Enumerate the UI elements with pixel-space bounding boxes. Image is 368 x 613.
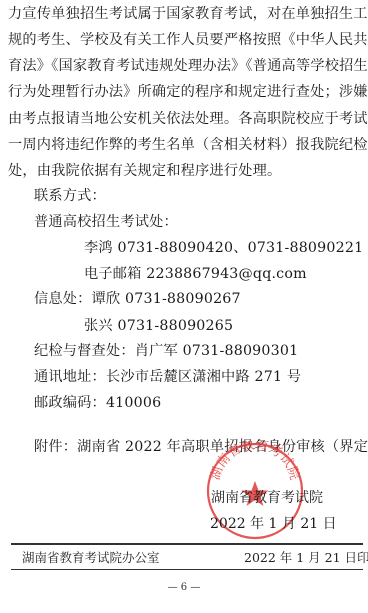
- body-line-2: 规的考生、学校及有关工作人员要严格按照《中华人民共和国教: [8, 30, 368, 50]
- contact-heading: 联系方式：: [34, 186, 106, 206]
- postcode: 邮政编码：410006: [34, 393, 161, 413]
- signature-organization: 湖南省教育考试院: [211, 488, 323, 508]
- footer-issuer: 湖南省教育考试院办公室: [22, 549, 160, 567]
- footer-top-rule: [11, 543, 363, 545]
- body-line-3: 育法》《国家教育考试违规处理办法》《普通高等学校招生违规: [8, 56, 368, 76]
- attachment: 附件：湖南省 2022 年高职单招报名身份审核（界定）表: [34, 437, 368, 457]
- info-office-line2: 张兴 0731-88090265: [84, 316, 233, 336]
- exam-office-label: 普通高校招生考试处：: [34, 212, 178, 232]
- body-line-4: 行为处理暂行办法》所确定的程序和规定进行查处；涉嫌违法的，: [8, 82, 368, 102]
- body-line-1: 力宣传单独招生考试属于国家教育考试，对在单独招生工作中违: [8, 4, 368, 24]
- body-line-7: 处，由我院依据有关规定和程序进行处理。: [8, 161, 281, 181]
- address: 通讯地址：长沙市岳麓区潇湘中路 271 号: [34, 367, 301, 387]
- exam-office-email: 电子邮箱 2238867943@qq.com: [84, 264, 307, 284]
- body-line-6: 一周内将违纪作弊的考生名单（含相关材料）报我院纪检与督查: [8, 135, 368, 155]
- signature-date: 2022 年 1 月 21 日: [210, 514, 337, 534]
- footer-issue-date: 2022 年 1 月 21 日印发: [244, 549, 368, 567]
- body-line-5: 由考点报请当地公安机关依法处理。各高职院校应于考试结束后: [8, 109, 368, 129]
- page-number: — 6 —: [0, 582, 368, 593]
- footer-bottom-rule: [11, 569, 363, 570]
- info-office-line1: 信息处：谭欣 0731-88090267: [34, 289, 241, 309]
- discipline-office: 纪检与督查处：肖广军 0731-88090301: [34, 341, 298, 361]
- exam-office-phone: 李鸿 0731-88090420、0731-88090221（兼传真）: [84, 238, 368, 258]
